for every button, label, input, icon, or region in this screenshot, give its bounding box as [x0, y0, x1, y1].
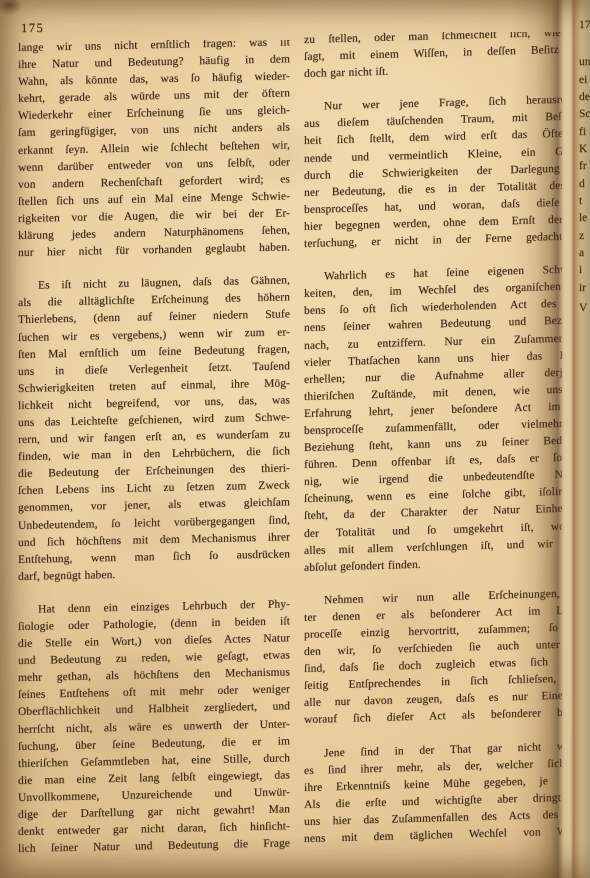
paragraph: zu ſtellen, oder man ſchmeichelt ſich, w…: [304, 32, 562, 83]
facing-page-line-fragment: K: [579, 141, 587, 158]
facing-page-line-fragment: V: [579, 300, 587, 317]
facing-page-line-fragment: d: [579, 176, 585, 193]
right-text-column-content: zu ſtellen, oder man ſchmeichelt ſich, w…: [304, 32, 562, 848]
paragraph: Nur wer jene Frage, ſich herausreiſsenda…: [304, 91, 562, 253]
photo-corner-shadow: [0, 0, 26, 18]
facing-page-line-fragment: de: [579, 89, 590, 106]
paragraph: Jene ſind in der That gar nicht wenige;e…: [304, 737, 562, 848]
facing-page-line-fragment: un: [579, 54, 590, 71]
facing-page-line-fragment: fr: [579, 158, 587, 175]
left-text-column-content: lange wir uns nicht ernſtlich fragen: wa…: [18, 40, 290, 858]
paragraph: Nehmen wir nun alle Erſcheinungen, un-te…: [304, 585, 562, 730]
paragraph: lange wir uns nicht ernſtlich fragen: wa…: [18, 40, 290, 262]
paragraph: Wahrlich es hat ſeine eigenen Schwierig-…: [304, 261, 562, 577]
facing-page-line-fragment: t: [579, 193, 582, 210]
paragraph: Es iſt nicht zu läugnen, daſs das Gähnen…: [18, 273, 290, 586]
facing-page-line-fragment: ei: [579, 72, 587, 89]
facing-page-line-fragment: i: [579, 262, 582, 279]
left-text-column: lange wir uns nicht ernſtlich fragen: wa…: [14, 40, 294, 866]
scanned-book-page-photo: 175 lange wir uns nicht ernſtlich fragen…: [0, 0, 590, 878]
facing-page-line-fragment: fi: [579, 124, 586, 141]
facing-page-number-fragment: 17: [579, 17, 590, 34]
facing-page-line-fragment: Sc: [579, 106, 590, 123]
facing-page-line-fragment: le: [579, 210, 587, 227]
facing-page-line-fragment: z: [579, 228, 584, 245]
facing-page-edge: 17 uneideScfiKfrdtlezaiirV: [574, 0, 590, 878]
right-text-column: zu ſtellen, oder man ſchmeichelt ſich, w…: [300, 32, 562, 858]
page-number: 175: [21, 21, 44, 36]
paragraph: Hat denn ein einziges Lehrbuch der Phy-ſ…: [18, 596, 290, 858]
facing-page-line-fragment: a: [579, 245, 584, 262]
facing-page-line-fragment: ir: [579, 280, 586, 297]
